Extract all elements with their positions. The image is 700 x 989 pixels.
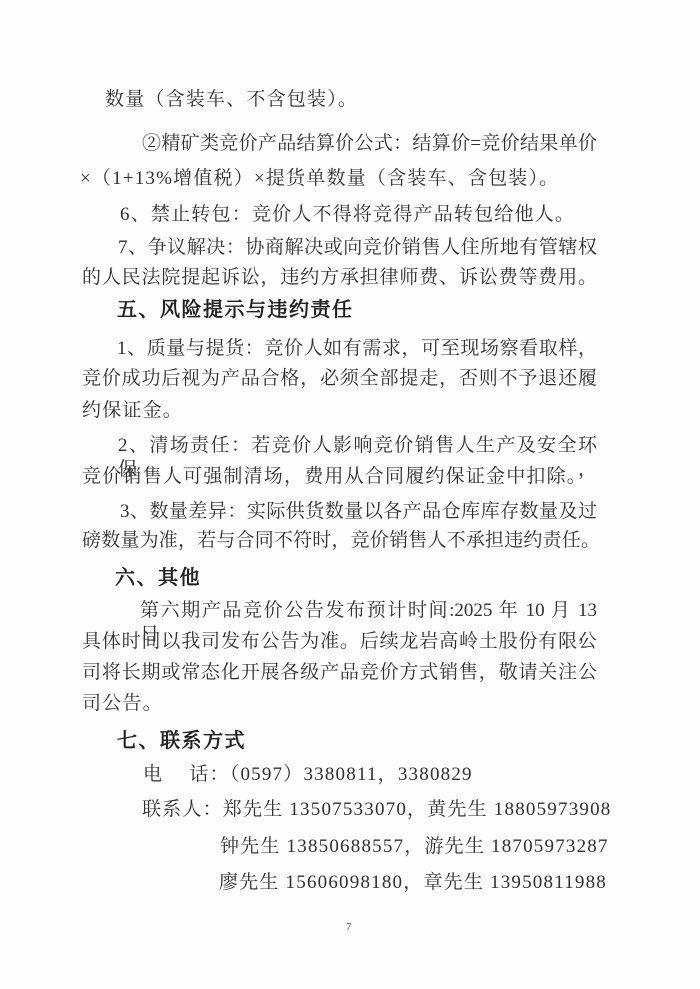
section-heading-risk: 五、风险提示与违约责任 — [117, 298, 354, 322]
doc-line: ②精矿类竞价产品结算价公式：结算价=竞价结果单价 — [142, 132, 597, 156]
doc-line: 竞价销售人可强制清场，费用从合同履约保证金中扣除。 — [82, 465, 587, 489]
doc-line: 竞价成功后视为产品合格，必须全部提走，否则不予退还履 — [82, 367, 597, 391]
document-page: 数量（含装车、不含包装）。 ②精矿类竞价产品结算价公式：结算价=竞价结果单价 ×… — [0, 0, 700, 989]
doc-line: 1、质量与提货：竞价人如有需求，可至现场察看取样， — [117, 337, 597, 361]
contact-person-line-1: 联系人：郑先生 13507533070，黄先生 18805973908 — [142, 798, 612, 822]
doc-line: 司公告。 — [82, 692, 163, 716]
doc-line: 具体时间以我司发布公告为准。后续龙岩高岭土股份有限公 — [82, 630, 597, 654]
doc-line: 3、数量差异：实际供货数量以各产品仓库库存数量及过 — [120, 500, 597, 524]
doc-line: ×（1+13%增值税）×提货单数量（含装车、含包装）。 — [80, 167, 559, 191]
contact-person-line-3: 廖先生 15606098180，章先生 13950811988 — [219, 871, 607, 895]
doc-line: 司将长期或常态化开展各级产品竞价方式销售，敬请关注公 — [82, 661, 597, 685]
doc-line: 的人民法院提起诉讼，违约方承担律师费、诉讼费等费用。 — [82, 266, 597, 290]
doc-line: 7、争议解决：协商解决或向竞价销售人住所地有管辖权 — [118, 236, 597, 260]
doc-line: 6、禁止转包：竞价人不得将竞得产品转包给他人。 — [120, 203, 575, 227]
contact-person-line-2: 钟先生 13850688557，游先生 18705973287 — [220, 835, 609, 859]
page-number: 7 — [346, 921, 352, 933]
doc-line: 数量（含装车、不含包装）。 — [105, 88, 358, 112]
doc-line: 约保证金。 — [82, 399, 183, 423]
section-heading-other: 六、其他 — [115, 566, 201, 590]
doc-line: 磅数量为准，若与合同不符时，竞价销售人不承担违约责任。 — [82, 529, 600, 553]
contact-phone-line: 电 话：（0597）3380811，3380829 — [143, 763, 473, 787]
section-heading-contact: 七、联系方式 — [117, 729, 246, 753]
